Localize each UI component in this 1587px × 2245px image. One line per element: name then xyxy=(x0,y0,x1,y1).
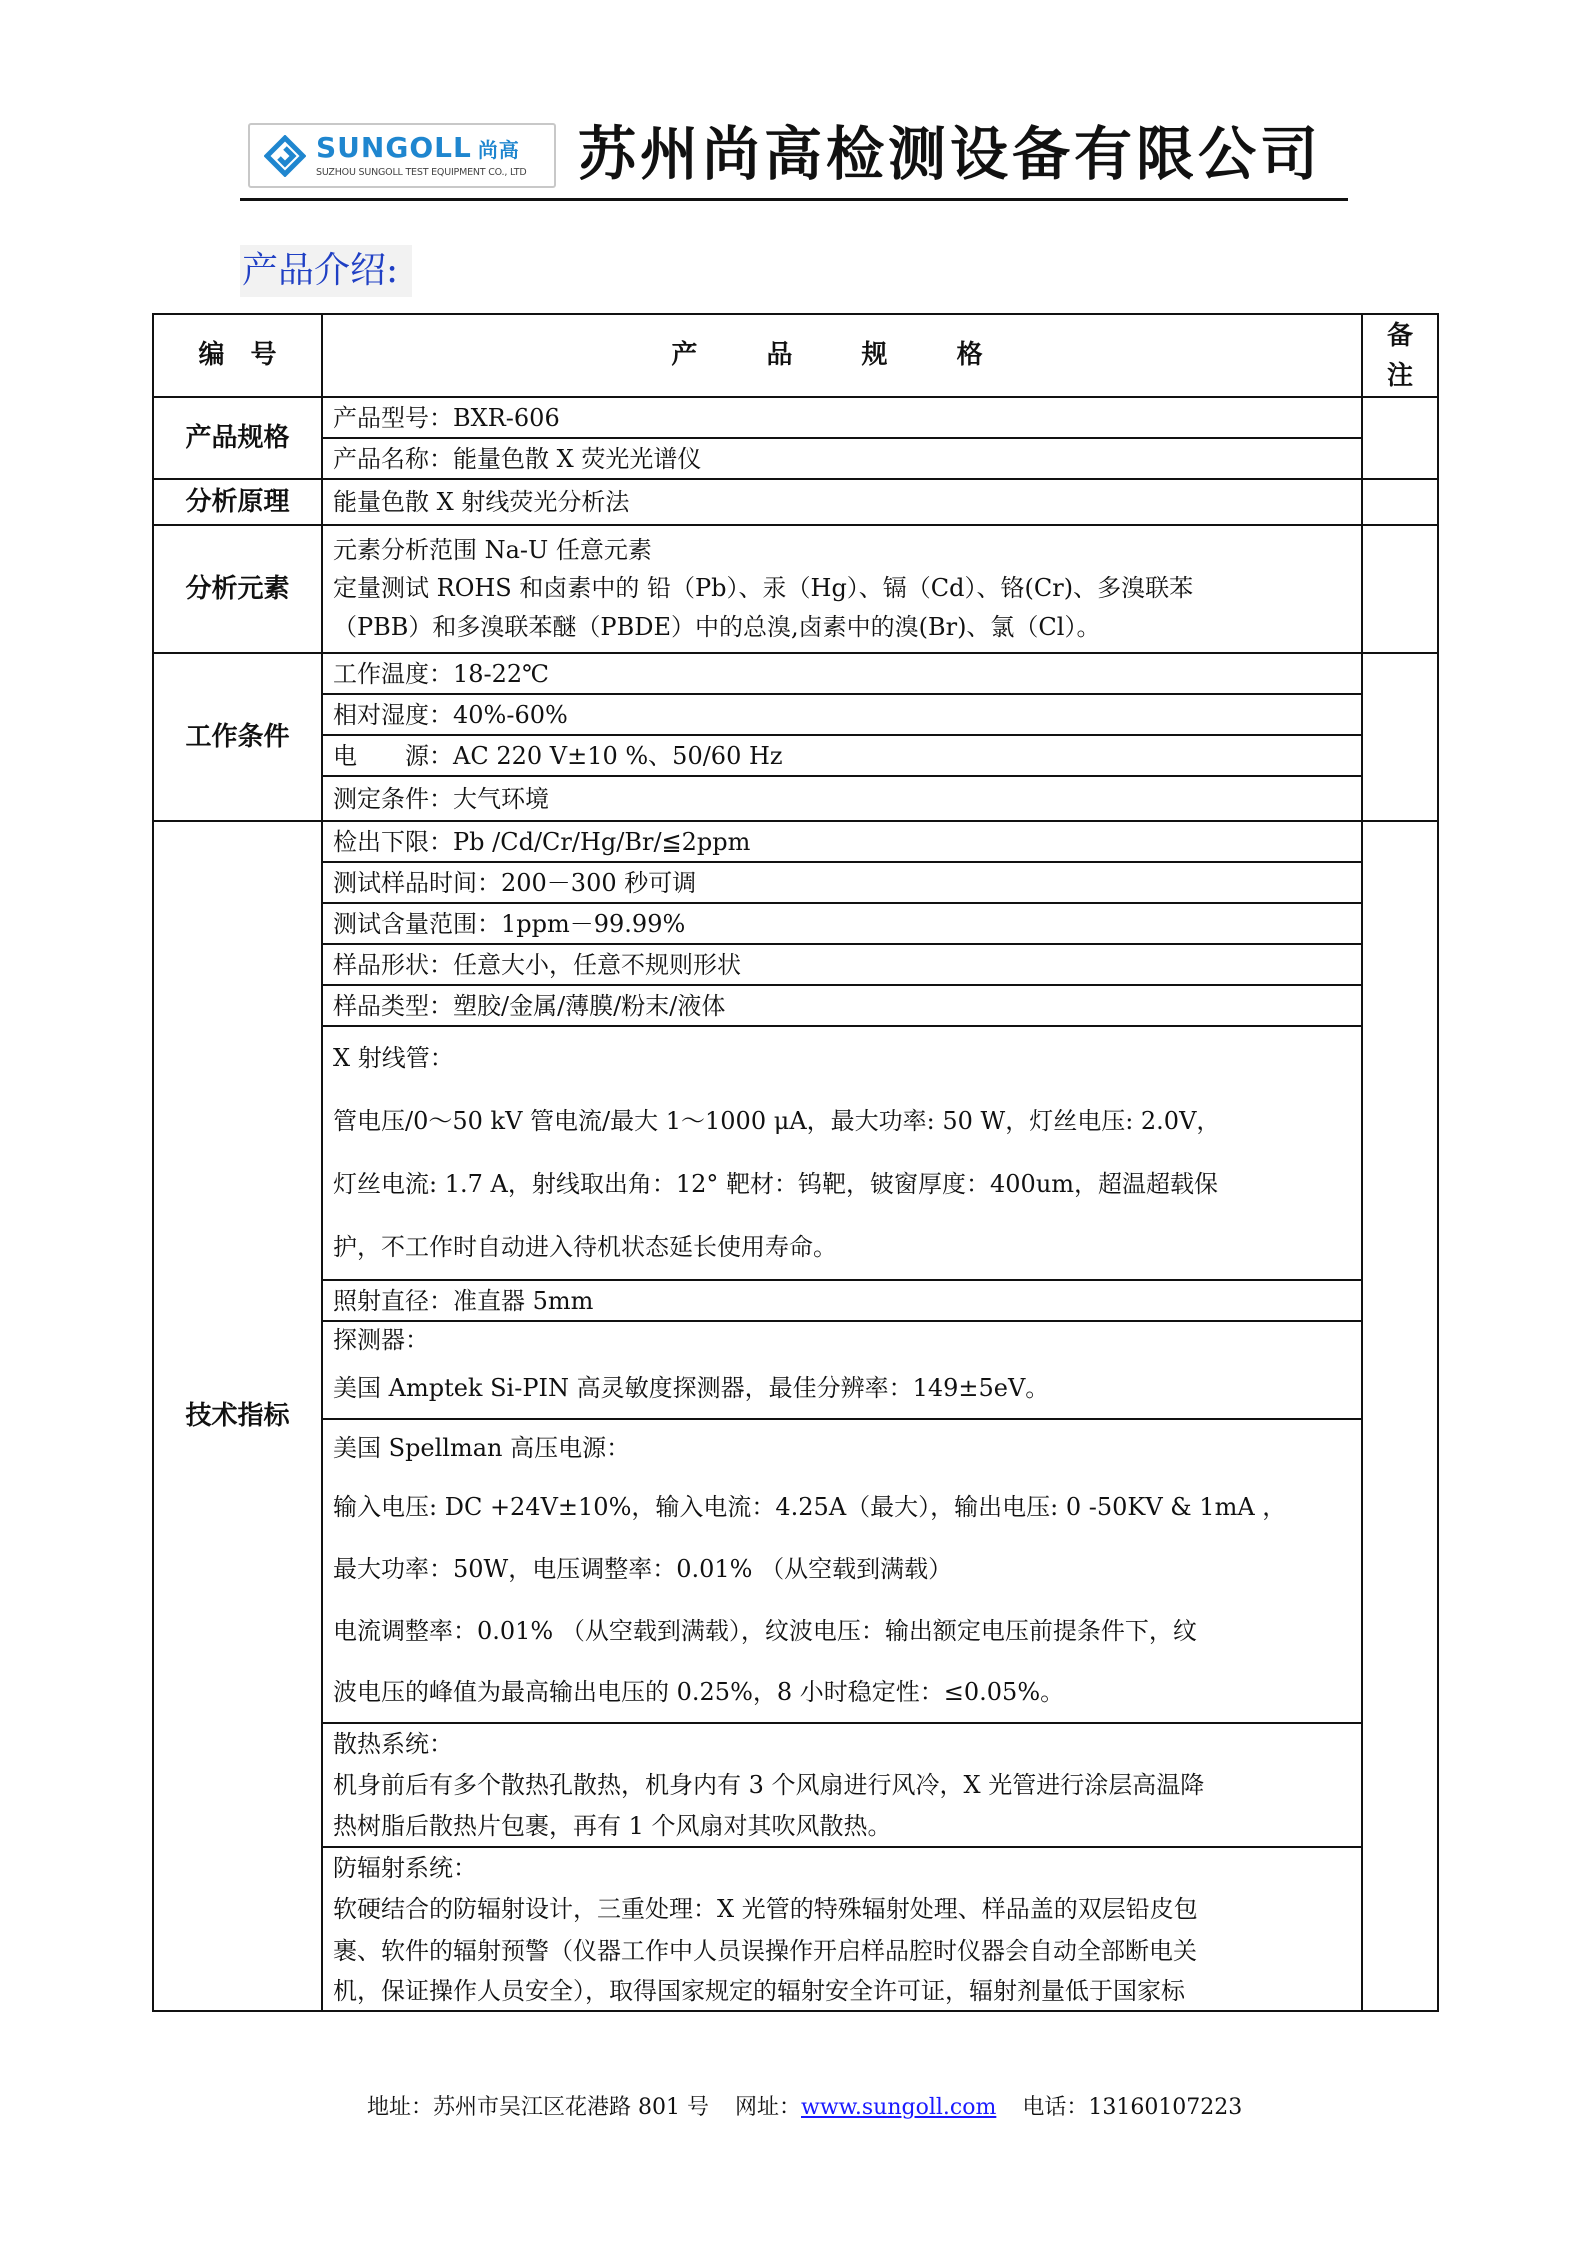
section-title: 产品介绍: xyxy=(240,245,412,297)
spec-hv-power-supply: 美国 Spellman 高压电源： 输入电压: DC +24V±10%，输入电流… xyxy=(322,1419,1362,1723)
col-header-spec: 产 品 规 格 xyxy=(322,314,1362,397)
table-row: 工作条件 工作温度：18-22℃ xyxy=(153,653,1438,694)
table-row: 测试含量范围：1ppm－99.99% xyxy=(153,903,1438,944)
spec-humidity: 相对湿度：40%-60% xyxy=(322,694,1362,735)
logo-brand: SUNGOLL尚高 xyxy=(316,131,520,164)
notes-cell xyxy=(1362,653,1438,821)
row-label-product-spec: 产品规格 xyxy=(153,397,322,479)
spec-radiation-protection: 防辐射系统： 软硬结合的防辐射设计，三重处理：X 光管的特殊辐射处理、样品盖的双… xyxy=(322,1847,1362,2011)
table-row: 产品名称：能量色散 X 荧光光谱仪 xyxy=(153,438,1438,479)
company-logo: SUNGOLL尚高 SUZHOU SUNGOLL TEST EQUIPMENT … xyxy=(248,123,556,188)
table-row: 防辐射系统： 软硬结合的防辐射设计，三重处理：X 光管的特殊辐射处理、样品盖的双… xyxy=(153,1847,1438,2011)
spec-xray-tube: X 射线管： 管电压/0～50 kV 管电流/最大 1～1000 μA，最大功率… xyxy=(322,1026,1362,1280)
spec-spot-diameter: 照射直径：准直器 5mm xyxy=(322,1280,1362,1321)
notes-cell xyxy=(1362,821,1438,2011)
spec-content-range: 测试含量范围：1ppm－99.99% xyxy=(322,903,1362,944)
table-row: 探测器： 美国 Amptek Si-PIN 高灵敏度探测器，最佳分辨率：149±… xyxy=(153,1321,1438,1419)
footer-phone: 电话：13160107223 xyxy=(1022,2095,1242,2120)
table-row: 测定条件：大气环境 xyxy=(153,776,1438,821)
footer-website-link[interactable]: www.sungoll.com xyxy=(801,2095,996,2120)
spec-sample-type: 样品类型：塑胶/金属/薄膜/粉末/液体 xyxy=(322,985,1362,1026)
spec-environment: 测定条件：大气环境 xyxy=(322,776,1362,821)
table-header-row: 编 号 产 品 规 格 备注 xyxy=(153,314,1438,397)
table-row: 技术指标 检出下限：Pb /Cd/Cr/Hg/Br/≦2ppm xyxy=(153,821,1438,862)
spec-temperature: 工作温度：18-22℃ xyxy=(322,653,1362,694)
spec-table: 编 号 产 品 规 格 备注 产品规格 产品型号：BXR-606 产品名称：能量… xyxy=(152,313,1437,2012)
row-label-elements: 分析元素 xyxy=(153,525,322,653)
table-row: 样品形状：任意大小，任意不规则形状 xyxy=(153,944,1438,985)
spec-model: 产品型号：BXR-606 xyxy=(322,397,1362,438)
footer-address: 地址：苏州市吴江区花港路 801 号 xyxy=(367,2095,709,2120)
spec-sample-shape: 样品形状：任意大小，任意不规则形状 xyxy=(322,944,1362,985)
col-header-notes: 备注 xyxy=(1362,314,1438,397)
table-row: X 射线管： 管电压/0～50 kV 管电流/最大 1～1000 μA，最大功率… xyxy=(153,1026,1438,1280)
spec-detection-limit: 检出下限：Pb /Cd/Cr/Hg/Br/≦2ppm xyxy=(322,821,1362,862)
spec-principle: 能量色散 X 射线荧光分析法 xyxy=(322,479,1362,525)
table-row: 电 源：AC 220 V±10 %、50/60 Hz xyxy=(153,735,1438,776)
col-header-id: 编 号 xyxy=(153,314,322,397)
sungoll-logo-icon xyxy=(264,135,306,177)
notes-cell xyxy=(1362,479,1438,525)
company-name: 苏州尚高检测设备有限公司 xyxy=(578,118,1322,190)
spec-cooling-system: 散热系统： 机身前后有多个散热孔散热，机身内有 3 个风扇进行风冷，X 光管进行… xyxy=(322,1723,1362,1847)
spec-detector: 探测器： 美国 Amptek Si-PIN 高灵敏度探测器，最佳分辨率：149±… xyxy=(322,1321,1362,1419)
notes-cell xyxy=(1362,397,1438,479)
table-row: 分析元素 元素分析范围 Na-U 任意元素 定量测试 ROHS 和卤素中的 铅（… xyxy=(153,525,1438,653)
table-row: 相对湿度：40%-60% xyxy=(153,694,1438,735)
row-label-technical: 技术指标 xyxy=(153,821,322,2011)
notes-cell xyxy=(1362,525,1438,653)
table-row: 散热系统： 机身前后有多个散热孔散热，机身内有 3 个风扇进行风冷，X 光管进行… xyxy=(153,1723,1438,1847)
table-row: 产品规格 产品型号：BXR-606 xyxy=(153,397,1438,438)
table-row: 样品类型：塑胶/金属/薄膜/粉末/液体 xyxy=(153,985,1438,1026)
footer-website-label: 网址： xyxy=(735,2095,801,2120)
table-row: 照射直径：准直器 5mm xyxy=(153,1280,1438,1321)
header-divider xyxy=(240,198,1348,201)
spec-elements: 元素分析范围 Na-U 任意元素 定量测试 ROHS 和卤素中的 铅（Pb）、汞… xyxy=(322,525,1362,653)
table-row: 美国 Spellman 高压电源： 输入电压: DC +24V±10%，输入电流… xyxy=(153,1419,1438,1723)
row-label-conditions: 工作条件 xyxy=(153,653,322,821)
table-row: 测试样品时间：200－300 秒可调 xyxy=(153,862,1438,903)
page-footer: 地址：苏州市吴江区花港路 801 号网址：www.sungoll.com电话：1… xyxy=(367,2090,1242,2121)
logo-subtitle: SUZHOU SUNGOLL TEST EQUIPMENT CO., LTD xyxy=(316,167,527,178)
spec-test-time: 测试样品时间：200－300 秒可调 xyxy=(322,862,1362,903)
spec-name: 产品名称：能量色散 X 荧光光谱仪 xyxy=(322,438,1362,479)
row-label-principle: 分析原理 xyxy=(153,479,322,525)
spec-power: 电 源：AC 220 V±10 %、50/60 Hz xyxy=(322,735,1362,776)
table-row: 分析原理 能量色散 X 射线荧光分析法 xyxy=(153,479,1438,525)
